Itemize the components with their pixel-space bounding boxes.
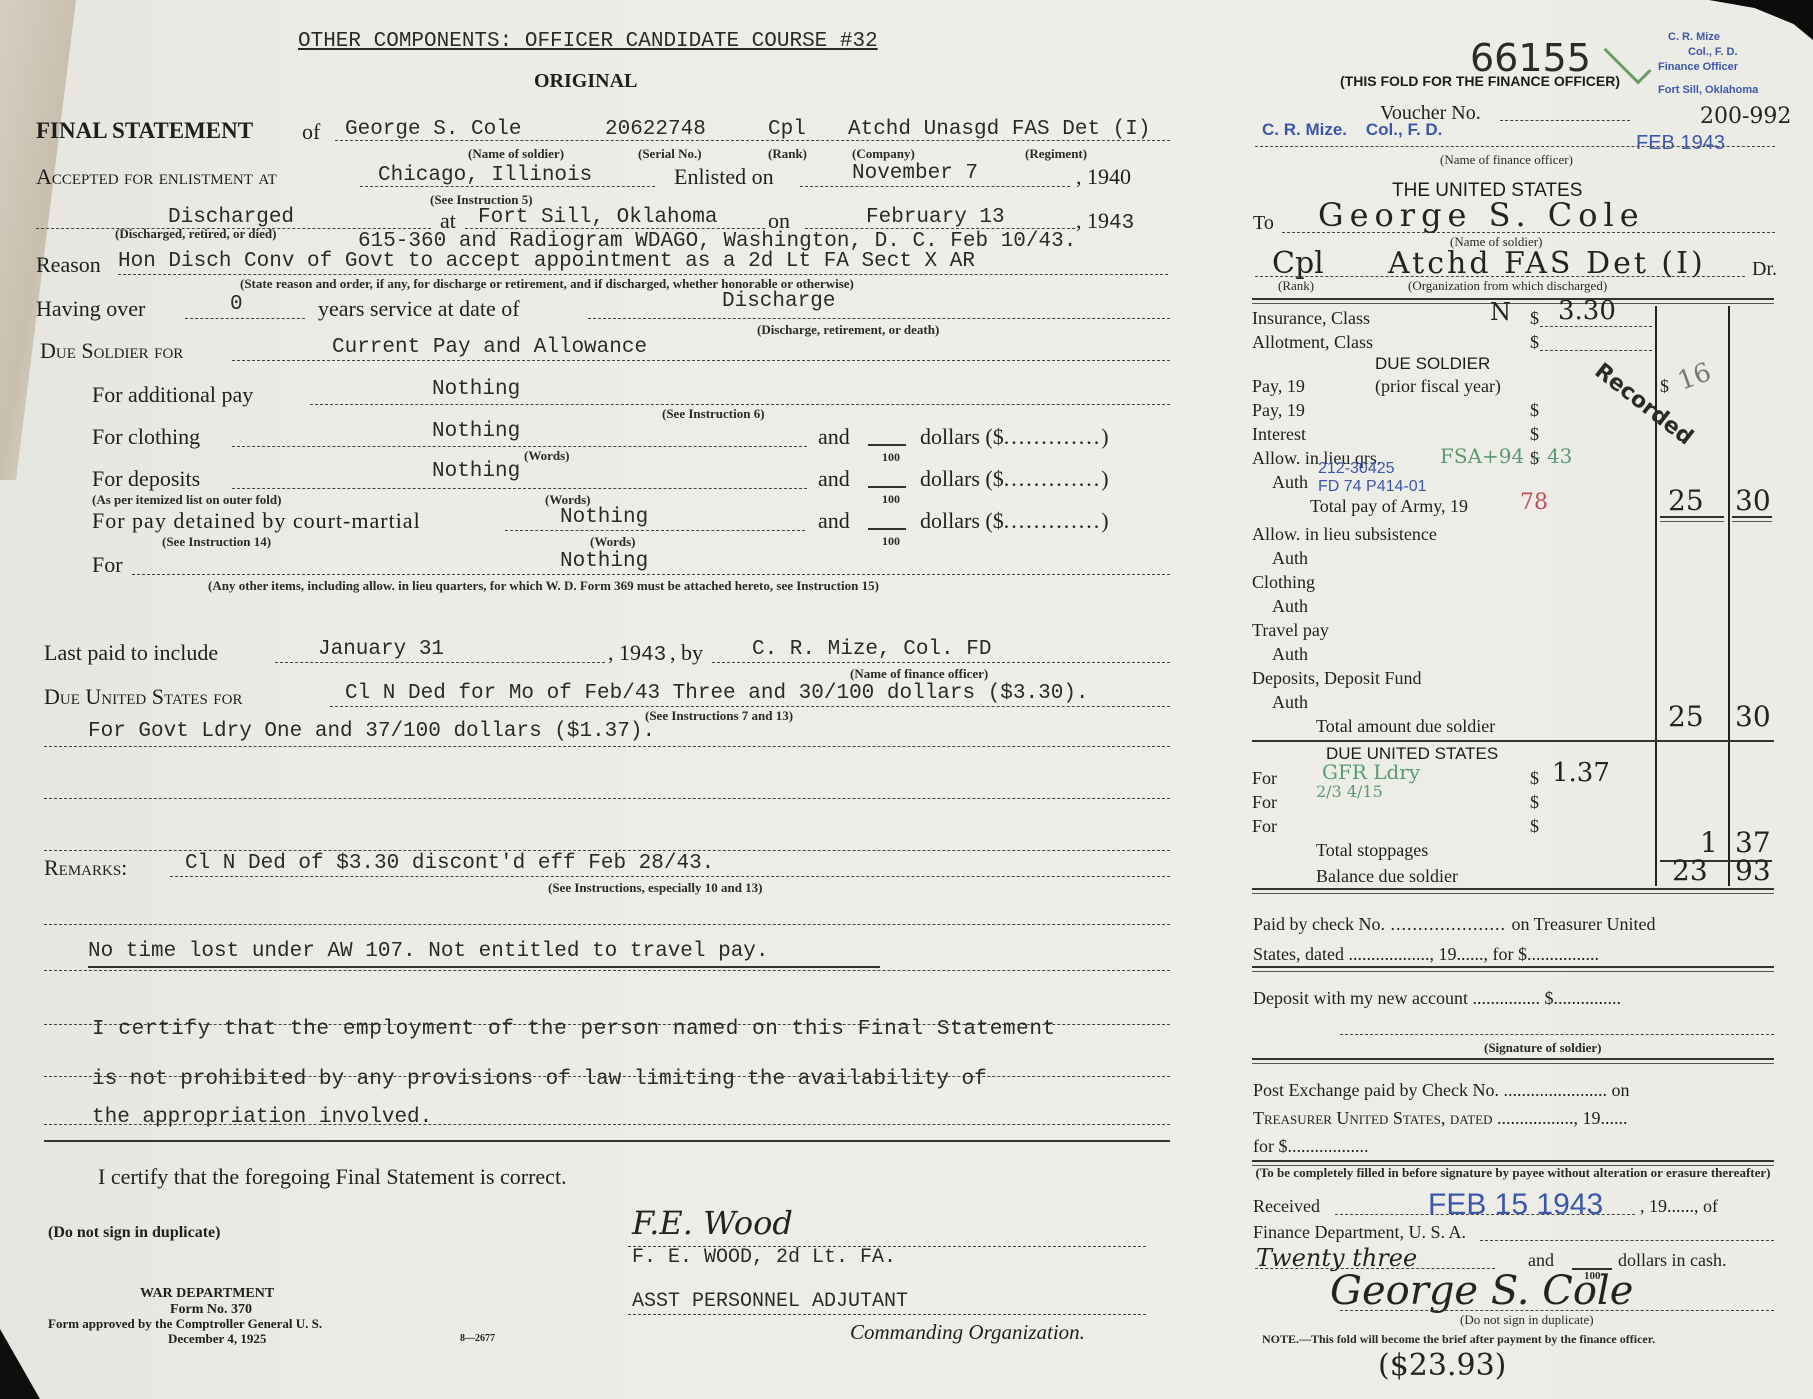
caption-finance-officer: (Name of finance officer): [850, 666, 988, 682]
dept-line: [1480, 1240, 1774, 1241]
enlisted-line: [800, 186, 1070, 187]
caption-rank: (Rank): [1278, 278, 1314, 294]
caption-company: (Company): [852, 146, 915, 162]
voucher-line: [1500, 120, 1630, 121]
caption-instruction-6: (See Instruction 6): [662, 406, 765, 422]
blank-line: [44, 850, 1170, 851]
statement-label: FINAL STATEMENT: [36, 118, 253, 144]
enlistment-place: Chicago, Illinois: [378, 164, 592, 187]
insurance-label: Insurance, Class: [1252, 308, 1370, 329]
stamp-title: Finance Officer: [1658, 60, 1758, 75]
reason-line: [118, 274, 1168, 275]
ledger-row-interest: Interest: [1252, 424, 1306, 445]
due-soldier-label: Due Soldier for: [40, 338, 183, 364]
court-martial-line: [505, 530, 805, 531]
fiscal-year-mark: 78: [1520, 490, 1548, 515]
due-us-label: Due United States for: [44, 684, 242, 710]
other-items-line: [132, 574, 1170, 575]
to-label: To: [1253, 212, 1274, 235]
enlisted-date: November 7: [852, 162, 978, 185]
certify-statement: I certify that the foregoing Final State…: [98, 1164, 567, 1190]
and-label: and: [818, 466, 850, 492]
reason-label: Reason: [36, 252, 101, 278]
caption-serial: (Serial No.): [638, 146, 702, 162]
last-paid-line: [275, 662, 605, 663]
ledger-row-subsistence: Allow. in lieu subsistence: [1252, 524, 1437, 545]
debit-label: Dr.: [1752, 258, 1777, 281]
caption-instructions-7-13: (See Instructions 7 and 13): [645, 708, 793, 724]
ledger-column-divider: [1655, 306, 1657, 886]
officer-line: [712, 662, 1170, 663]
caption-words: (Words): [524, 448, 570, 464]
ledger-row-total-due: Total amount due soldier: [1316, 716, 1495, 737]
adjutant-signature: F.E. Wood: [632, 1204, 793, 1242]
hundred-label: 100: [882, 450, 900, 465]
year-prefix: , 19: [1429, 944, 1456, 964]
deposits-line: [232, 488, 807, 489]
cents-line: [868, 444, 906, 446]
caption-instruction-15: (Any other items, including allow. in li…: [208, 578, 879, 594]
discharge-date: February 13: [866, 206, 1005, 229]
insurance-amount: 3.30: [1558, 296, 1616, 326]
date-of-value: Discharge: [722, 290, 835, 313]
balance-cents: 93: [1735, 854, 1771, 887]
ledger-row-travel: Travel pay: [1252, 620, 1329, 641]
caption-words: (Words): [590, 534, 636, 550]
insurance-amount-line: [1540, 326, 1652, 327]
appropriation-stamp: 212-30425: [1318, 460, 1395, 478]
ledger-column-divider: [1728, 306, 1730, 886]
caption-finance-officer: (Name of finance officer): [1440, 152, 1573, 168]
ledger-row-deposits: Deposits, Deposit Fund: [1252, 668, 1422, 689]
total-stoppages-label: Total stoppages: [1316, 840, 1428, 861]
serial-number: 20622748: [605, 118, 706, 141]
cents-line: [868, 528, 906, 530]
received-date-stamp: FEB 15 1943: [1428, 1188, 1603, 1222]
paren: ): [1101, 466, 1108, 491]
caption-discharge-type: (Discharged, retired, or died): [115, 226, 276, 242]
clothing-label: For clothing: [92, 424, 200, 450]
and-label: and: [818, 508, 850, 534]
do-not-sign-note: (Do not sign in duplicate): [48, 1224, 220, 1242]
ledger-row-auth: Auth: [1272, 548, 1308, 569]
certification-line3: the appropriation involved.: [92, 1106, 432, 1129]
to-organization: Atchd FAS Det (I): [1388, 246, 1706, 281]
years-service: 0: [230, 293, 243, 316]
due-us-note: 2/3 4/15: [1316, 782, 1383, 801]
ledger-bottom-rule: [1252, 888, 1774, 894]
ledger-row-pay: Pay, 19: [1252, 400, 1305, 421]
due-us-amount: 1.37: [1552, 758, 1610, 788]
remarks-label: Remarks:: [44, 855, 127, 881]
deposit-label: Deposit with my new account: [1253, 988, 1468, 1008]
ledger-row-auth: Auth: [1272, 472, 1308, 493]
war-department: WAR DEPARTMENT: [140, 1286, 274, 1302]
ledger-row-auth: Auth: [1272, 692, 1308, 713]
underline: [88, 966, 880, 968]
hundred-label: 100: [882, 534, 900, 549]
stamp-officer: C. R. Mize: [1658, 30, 1758, 45]
discharge-reason: Hon Disch Conv of Govt to accept appoint…: [118, 250, 975, 273]
paren: ): [1101, 424, 1108, 449]
last-paid-officer: C. R. Mize, Col. FD: [752, 638, 991, 661]
caption-organization: (Organization from which discharged): [1408, 278, 1607, 294]
stamp-rank: Col., F. D.: [1658, 45, 1758, 60]
discharge-place: Fort Sill, Oklahoma: [478, 206, 717, 229]
on-label: on: [1611, 1080, 1629, 1100]
rule: [1252, 1058, 1774, 1064]
green-annotation: FSA+94 – 43: [1440, 444, 1572, 468]
allotment-line: [1540, 350, 1652, 351]
deposits-label: For deposits: [92, 466, 200, 492]
title-line: [628, 1314, 1146, 1315]
px-label: Post Exchange paid by Check No.: [1253, 1080, 1499, 1100]
allotment-label: Allotment, Class: [1252, 332, 1373, 353]
received-label: Received: [1253, 1196, 1320, 1217]
having-over-label: Having over: [36, 296, 145, 322]
soldier-name: George S. Cole: [345, 118, 521, 141]
of-label: , of: [1694, 1196, 1718, 1216]
officer-name-line: [1255, 146, 1775, 147]
ledger-row-pay-prior: Pay, 19: [1252, 376, 1305, 397]
date-of-line: [588, 318, 1170, 319]
ledger-row-total-pay: Total pay of Army, 19: [1310, 496, 1468, 517]
for-dollar: for $: [1253, 1136, 1288, 1156]
due-us-line2: For Govt Ldry One and 37/100 dollars ($1…: [88, 720, 655, 743]
for-dollar: , for $: [1483, 944, 1527, 964]
hundred-label: 100: [882, 492, 900, 507]
accepted-label: Accepted for enlistment at: [36, 164, 277, 190]
print-code: 8—2677: [460, 1333, 495, 1344]
stamp-location: Fort Sill, Oklahoma: [1658, 75, 1758, 98]
last-paid-date: January 31: [318, 638, 444, 661]
stamp-date: FEB 1943: [1636, 132, 1725, 155]
remarks-line2: No time lost under AW 107. Not entitled …: [88, 940, 769, 963]
rank: Cpl: [768, 118, 806, 141]
certification-line2: is not prohibited by any provisions of l…: [92, 1068, 987, 1091]
dollars-label: dollars ($: [920, 466, 1004, 491]
total-pay-dollars: 25: [1668, 484, 1704, 517]
balance-dollars: 23: [1672, 854, 1708, 887]
enlisted-year: 1940: [1087, 164, 1131, 189]
last-paid-label: Last paid to include: [44, 640, 218, 666]
blank-line: [44, 924, 1170, 925]
do-not-sign-duplicate: (Do not sign in duplicate): [1460, 1312, 1594, 1328]
due-soldier-heading: DUE SOLDIER: [1375, 354, 1490, 374]
due-us-for-label: For: [1252, 816, 1277, 837]
and-label: and: [818, 424, 850, 450]
due-us-for-label: For: [1252, 768, 1277, 789]
dollar-sign: $: [1530, 400, 1539, 421]
brief-note: NOTE.—This fold will become the brief af…: [1262, 1332, 1655, 1347]
caption-instructions-10-13: (See Instructions, especially 10 and 13): [548, 880, 763, 896]
commanding-org: Commanding Organization.: [850, 1320, 1085, 1345]
clothing-value: Nothing: [432, 420, 520, 443]
company-regiment: Atchd Unasgd FAS Det (I): [848, 118, 1150, 141]
year-prefix: 19: [619, 640, 641, 665]
dollars-label: dollars ($: [920, 424, 1004, 449]
px-treasurer-label: Treasurer United States, dated: [1253, 1108, 1492, 1128]
soldier-signature-line: [1340, 1034, 1774, 1035]
on-treasurer-label: on Treasurer United: [1511, 914, 1655, 934]
due-us-for-label: For: [1252, 792, 1277, 813]
payee-signature-line: [1340, 1310, 1774, 1311]
remarks-line1: Cl N Ded of $3.30 discont'd eff Feb 28/4…: [185, 852, 714, 875]
year-prefix: , 19: [1573, 1108, 1600, 1128]
last-paid-year: 43: [641, 644, 666, 667]
other-items-label: For: [92, 552, 123, 578]
due-us-item: GFR Ldry: [1322, 760, 1420, 784]
total-rule: [1660, 516, 1724, 522]
paid-by-check-label: Paid by check No.: [1253, 914, 1385, 934]
to-rank: Cpl: [1272, 246, 1324, 281]
blank-line: [44, 798, 1170, 799]
blank-line: [44, 970, 1170, 971]
of-label: of: [302, 119, 320, 145]
payee-signature: George S. Cole: [1330, 1268, 1633, 1314]
signer-name: F. E. WOOD, 2d Lt. FA.: [632, 1246, 896, 1269]
due-us-line-2: [44, 746, 1170, 747]
total-pay-cents: 30: [1735, 484, 1771, 517]
caption-rank: (Rank): [768, 146, 807, 162]
total-rule: [1732, 516, 1772, 522]
total-due-cents: 30: [1735, 700, 1771, 733]
other-items-value: Nothing: [560, 550, 648, 573]
court-martial-label: For pay detained by court-martial: [92, 508, 421, 534]
years-service-label: years service at date of: [318, 296, 520, 322]
ledger-row-auth: Auth: [1272, 644, 1308, 665]
deposits-value: Nothing: [432, 460, 520, 483]
paren: ): [1101, 508, 1108, 533]
finance-fold-label: (THIS FOLD FOR THE FINANCE OFFICER): [1340, 73, 1620, 89]
circled-amount: ($23.93): [1378, 1348, 1506, 1383]
copy-label: ORIGINAL: [534, 70, 637, 93]
discharge-year: 43: [1109, 212, 1134, 235]
section-rule: [1252, 740, 1774, 742]
caption-name: (Name of soldier): [468, 146, 564, 162]
clothing-line: [232, 446, 807, 447]
form-approved: Form approved by the Comptroller General…: [48, 1316, 322, 1332]
finance-officer-stamp: C. R. Mize. Col., F. D.: [1262, 120, 1442, 140]
rule: [1252, 966, 1774, 972]
court-martial-value: Nothing: [560, 506, 648, 529]
ledger-row-clothing: Clothing: [1252, 572, 1315, 593]
fill-in-note: (To be completely filled in before signa…: [1252, 1166, 1774, 1179]
year-prefix: , 19: [1640, 1196, 1667, 1216]
course-title: OTHER COMPONENTS: OFFICER CANDIDATE COUR…: [298, 30, 878, 53]
additional-pay-label: For additional pay: [92, 382, 253, 408]
years-line: [185, 318, 305, 319]
by-label: , by: [670, 640, 703, 666]
due-us-line1: Cl N Ded for Mo of Feb/43 Three and 30/1…: [345, 682, 1089, 705]
enlisted-label: Enlisted on: [674, 164, 774, 190]
signer-title: ASST PERSONNEL ADJUTANT: [632, 1290, 908, 1313]
dollars-label: dollars ($: [920, 508, 1004, 533]
due-soldier-value: Current Pay and Allowance: [332, 336, 647, 359]
ledger-top-rule: [1252, 298, 1774, 304]
deposits-sublabel: (As per itemized list on outer fold): [92, 492, 281, 508]
to-soldier-name: George S. Cole: [1318, 196, 1645, 234]
finance-department: Finance Department, U. S. A.: [1253, 1222, 1466, 1243]
section-divider: [44, 1140, 1170, 1142]
due-us-line-1: [330, 706, 1170, 707]
cents-line: [868, 486, 906, 488]
caption-date-of: (Discharge, retirement, or death): [757, 322, 939, 338]
year-prefix: 19: [1087, 208, 1109, 233]
auth-code-stamp: FD 74 P414-01: [1318, 478, 1427, 496]
ledger-row-auth: Auth: [1272, 596, 1308, 617]
prior-fiscal-year: (prior fiscal year): [1375, 376, 1501, 397]
due-soldier-line: [232, 360, 1170, 361]
dollar-sign: $: [1530, 424, 1539, 445]
states-dated-label: States, dated: [1253, 944, 1344, 964]
additional-pay-value: Nothing: [432, 378, 520, 401]
additional-pay-line: [310, 404, 1170, 405]
certification-line1: I certify that the employment of the per…: [92, 1018, 1056, 1041]
caption-instruction-14: (See Instruction 14): [162, 534, 271, 550]
caption-soldier-signature: (Signature of soldier): [1484, 1040, 1601, 1056]
voucher-number: 200-992: [1700, 104, 1791, 129]
total-due-dollars: 25: [1668, 700, 1704, 733]
balance-label: Balance due soldier: [1316, 866, 1458, 887]
dollars-in-cash: dollars in cash.: [1618, 1250, 1726, 1271]
approved-date: December 4, 1925: [168, 1331, 266, 1347]
caption-regiment: (Regiment): [1025, 146, 1087, 162]
insurance-class: N: [1490, 298, 1511, 326]
remarks-line: [170, 876, 1170, 877]
